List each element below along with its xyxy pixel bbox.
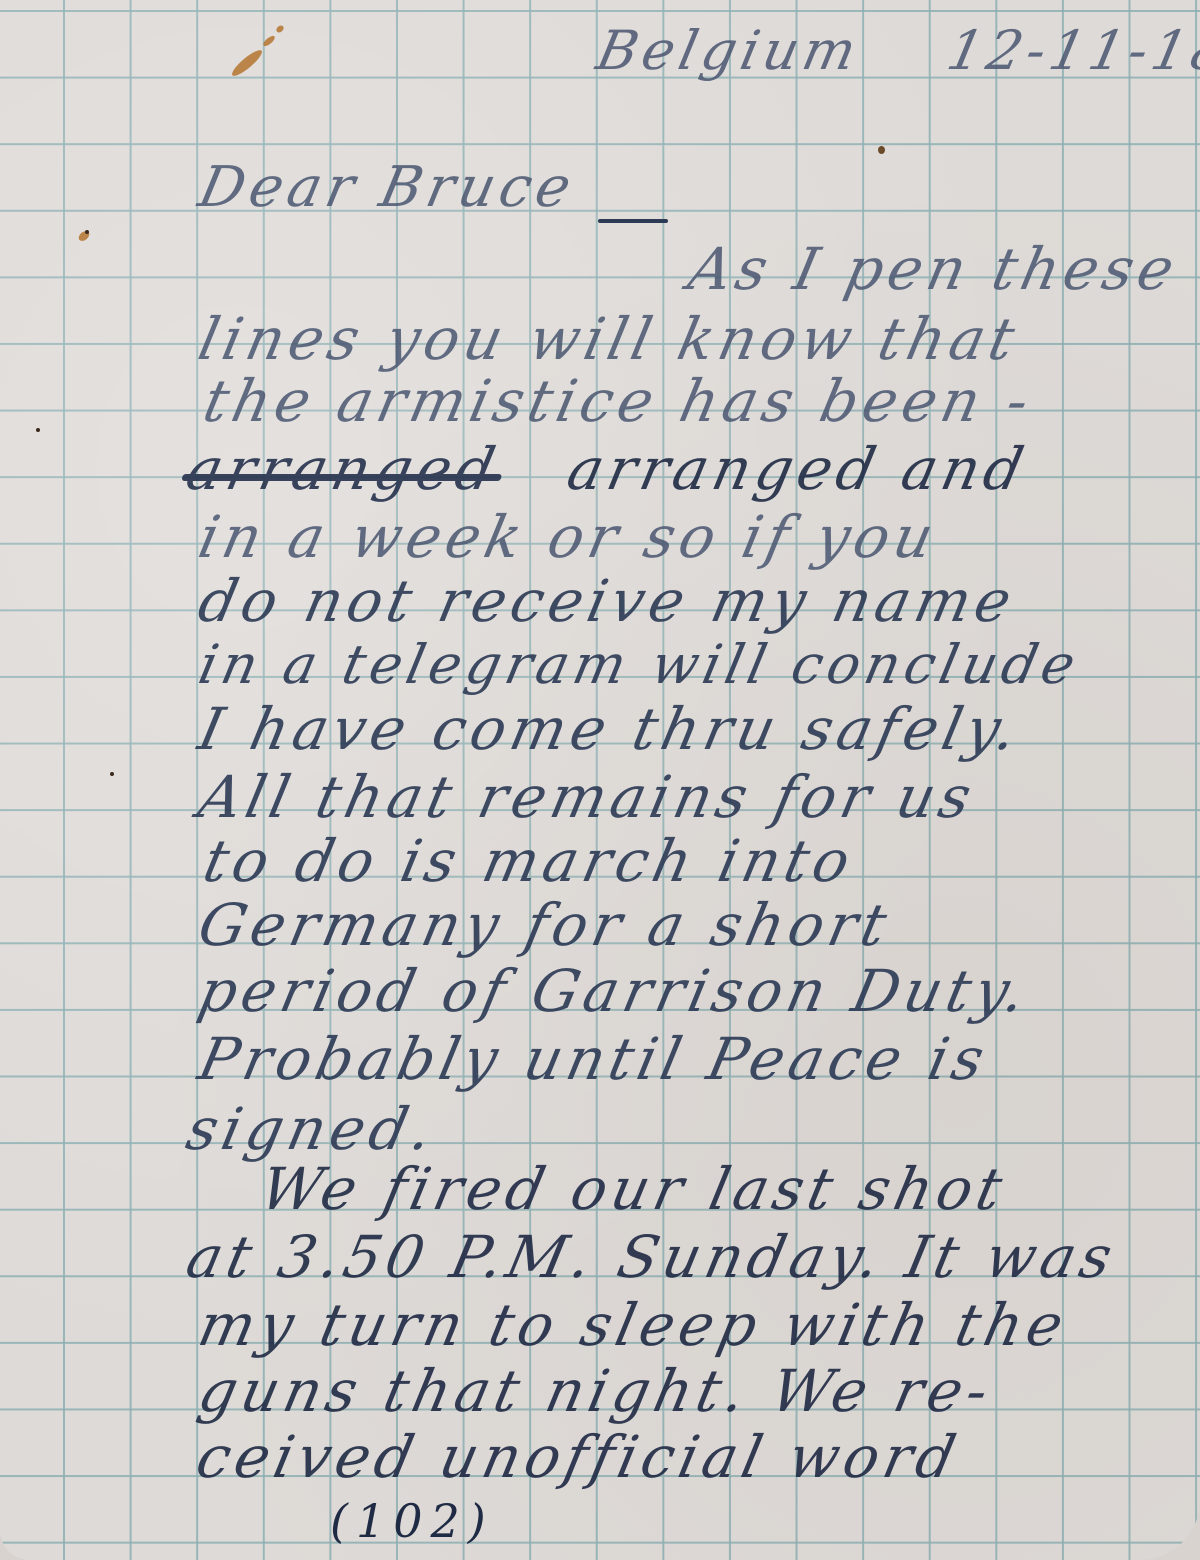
body-line: All that remains for us	[194, 768, 981, 826]
body-line: period of Garrison Duty.	[194, 962, 1035, 1020]
rust-stain	[229, 47, 265, 79]
body-line: arranged and	[562, 435, 1035, 503]
rust-stain	[262, 34, 277, 48]
page-number: (102)	[330, 1494, 494, 1548]
body-line: do not receive my name	[194, 572, 1021, 630]
ink-speck	[85, 230, 89, 234]
header-date: 12-11-18.	[942, 19, 1200, 82]
page-corner-shadow	[1140, 1520, 1200, 1560]
body-line: to do is march into	[199, 832, 860, 890]
body-line: We fired our last shot	[256, 1160, 1012, 1218]
body-line: in a telegram will conclude	[194, 638, 1084, 692]
body-line: guns that night. We re-	[194, 1362, 998, 1420]
salutation: Dear Bruce	[194, 160, 580, 216]
letter-header: Belgium 12-11-18.	[592, 24, 1200, 78]
ink-speck	[36, 428, 40, 432]
body-line: Probably until Peace is	[194, 1030, 994, 1088]
body-line: my turn to sleep with the	[194, 1296, 1073, 1354]
body-line-with-strike: arranged arranged and	[182, 440, 1033, 498]
salutation-dash	[598, 219, 668, 223]
header-place: Belgium	[591, 19, 866, 82]
body-line: Germany for a short	[194, 896, 896, 954]
body-line: ceived unofficial word	[192, 1428, 965, 1486]
body-line: signed.	[182, 1100, 442, 1158]
struck-word: arranged	[182, 440, 505, 498]
body-line: As I pen these	[684, 240, 1184, 298]
ink-speck	[110, 772, 114, 776]
body-line: in a week or so if you	[194, 508, 943, 566]
body-line: I have come thru safely.	[194, 700, 1027, 758]
rust-stain	[275, 24, 285, 34]
body-line: the armistice has been -	[199, 372, 1039, 430]
body-line: at 3.50 P.M. Sunday. It was	[182, 1228, 1122, 1286]
body-line: lines you will know that	[194, 310, 1025, 368]
letter-page: Belgium 12-11-18. Dear Bruce As I pen th…	[0, 0, 1200, 1560]
ink-speck	[878, 146, 885, 154]
rust-stain	[77, 229, 91, 243]
